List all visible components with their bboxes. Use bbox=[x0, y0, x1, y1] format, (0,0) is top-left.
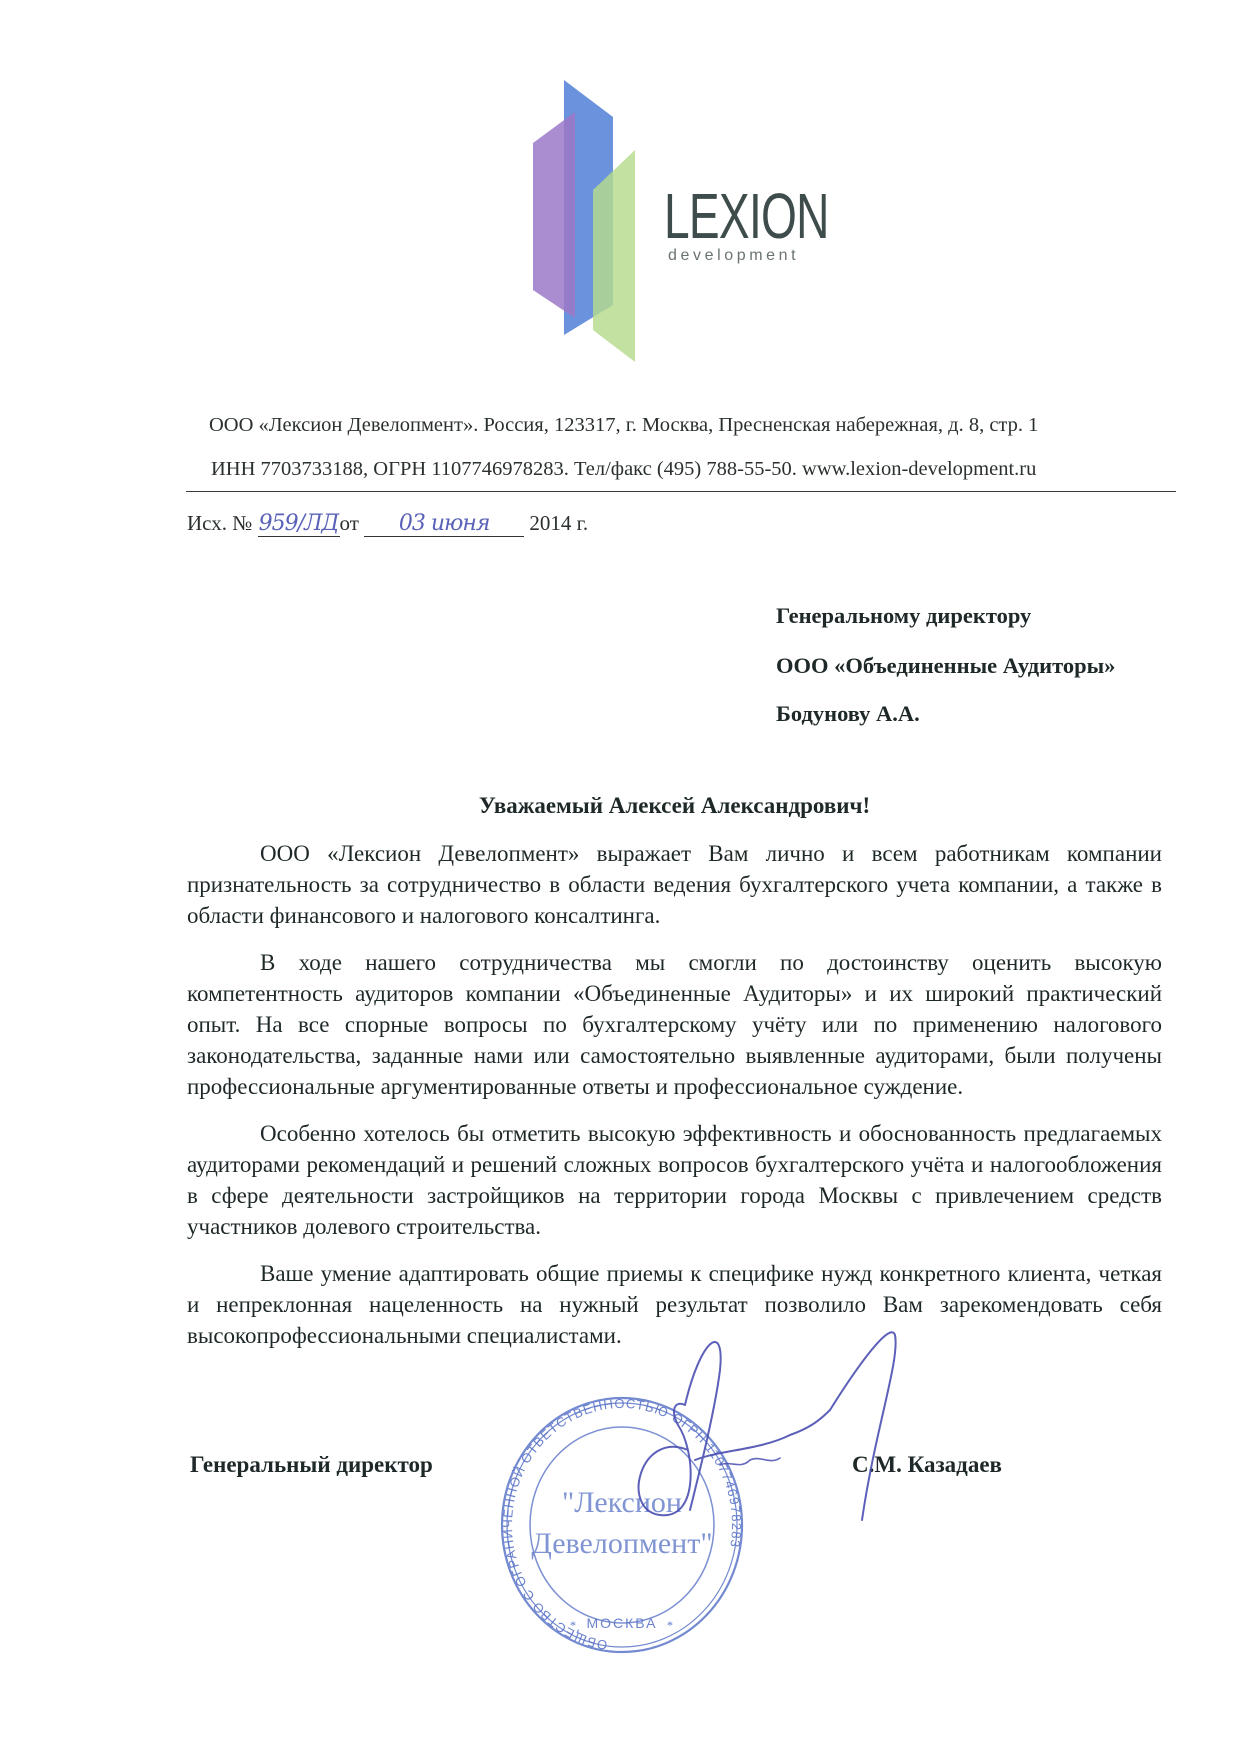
reference-year: 2014 г. bbox=[529, 511, 588, 535]
letterhead-address: ООО «Лексион Девелопмент». Россия, 12331… bbox=[209, 414, 1038, 437]
body-paragraph: Особенно хотелось бы отметить высокую эф… bbox=[187, 1118, 1162, 1242]
reference-prefix: Исх. № bbox=[187, 511, 252, 535]
recipient-position: Генеральному директору bbox=[776, 603, 1031, 629]
svg-text:*: * bbox=[667, 1618, 673, 1632]
handwritten-signature bbox=[600, 1310, 920, 1530]
body-paragraph: ООО «Лексион Девелопмент» выражает Вам л… bbox=[187, 838, 1162, 931]
salutation: Уважаемый Алексей Александрович! bbox=[187, 793, 1162, 819]
recipient-name: Бодунову А.А. bbox=[776, 701, 920, 727]
company-logo-mark bbox=[520, 70, 660, 370]
letterhead-divider bbox=[186, 491, 1176, 492]
reference-number: 959/ЛД bbox=[258, 511, 340, 537]
logo-purple-prism bbox=[533, 112, 575, 318]
logo-subtitle: development bbox=[668, 247, 799, 265]
letterhead-registration: ИНН 7703733188, ОГРН 1107746978283. Тел/… bbox=[211, 458, 1036, 481]
outgoing-reference: Исх. № 959/ЛДот 03 июня 2014 г. bbox=[187, 511, 588, 537]
reference-date: 03 июня bbox=[364, 511, 524, 537]
svg-text:*: * bbox=[570, 1618, 576, 1632]
signatory-title: Генеральный директор bbox=[190, 1452, 433, 1478]
letter-body: ООО «Лексион Девелопмент» выражает Вам л… bbox=[187, 838, 1162, 1367]
recipient-company: ООО «Объединенные Аудиторы» bbox=[776, 653, 1115, 679]
logo-wordmark: LEXION bbox=[664, 184, 829, 248]
stamp-city: МОСКВА bbox=[586, 1615, 657, 1631]
reference-from-label: от bbox=[340, 511, 359, 535]
body-paragraph: В ходе нашего сотрудничества мы смогли п… bbox=[187, 947, 1162, 1102]
stamp-center-line2: Девелопмент" bbox=[531, 1527, 712, 1560]
